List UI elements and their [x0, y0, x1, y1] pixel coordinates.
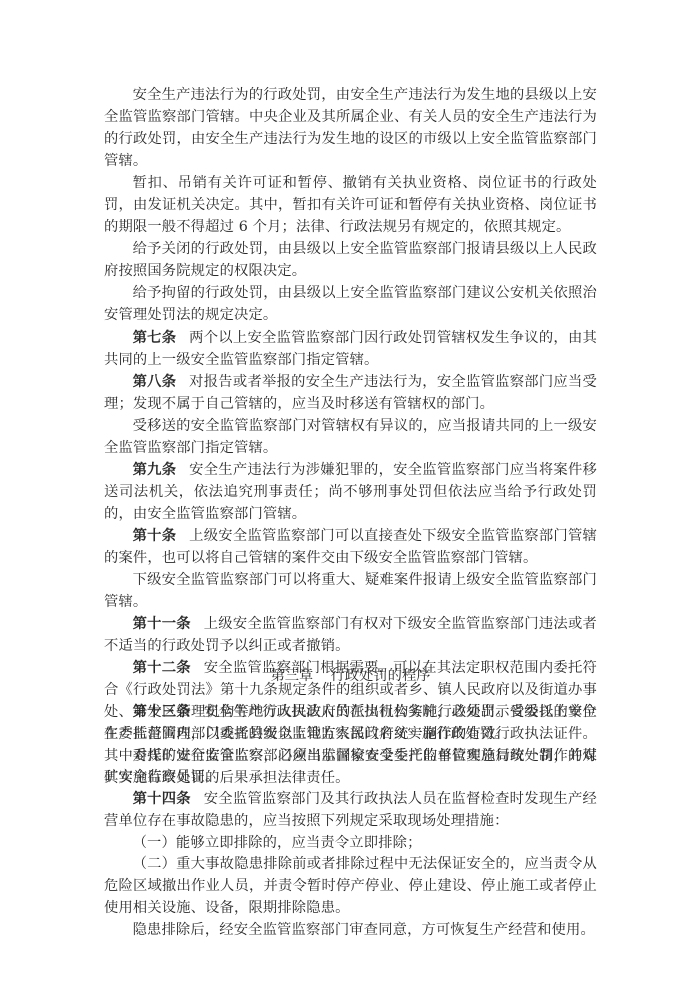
paragraph-text: 隐患排除后，经安全监管监察部门审查同意，方可恢复生产经营和使用。 — [133, 922, 595, 938]
paragraph-text: （二）重大事故隐患排除前或者排除过程中无法保证安全的，应当责令从危险区域撤出作业… — [104, 856, 597, 916]
paragraph: 隐患排除后，经安全监管监察部门审查同意，方可恢复生产经营和使用。 — [104, 920, 597, 942]
paragraph: 暂扣、吊销有关许可证和暂停、撤销有关执业资格、岗位证书的行政处罚，由发证机关决定… — [104, 172, 597, 238]
chapter-number: 第三章 — [270, 668, 313, 684]
paragraph-text: 暂扣、吊销有关许可证和暂停、撤销有关执业资格、岗位证书的行政处罚，由发证机关决定… — [104, 175, 597, 235]
chapter-heading: 第三章行政处罚的程序 — [104, 665, 597, 687]
article-number: 第七条 — [133, 330, 177, 346]
article-number: 第十一条 — [133, 616, 191, 632]
article-14: 第十四条安全监管监察部门及其行政执法人员在监督检查时发现生产经营单位存在事故隐患… — [104, 789, 597, 833]
article-number: 第八条 — [133, 374, 177, 390]
paragraph: 给予关闭的行政处罚，由县级以上安全监管监察部门报请县级以上人民政府按照国务院规定… — [104, 238, 597, 282]
article-7: 第七条两个以上安全监管监察部门因行政处罚管辖权发生争议的，由其共同的上一级安全监… — [104, 327, 597, 371]
article-number: 第十三条 — [133, 704, 191, 720]
list-item: （一）能够立即排除的，应当责令立即排除； — [104, 833, 597, 855]
article-number: 第九条 — [133, 462, 177, 478]
paragraph: 给予拘留的行政处罚，由县级以上安全监管监察部门建议公安机关依照治安管理处罚法的规… — [104, 282, 597, 326]
paragraph-text: 两个以上安全监管监察部门因行政处罚管辖权发生争议的，由其共同的上一级安全监管监察… — [104, 330, 597, 368]
article-13: 第十三条安全生产行政执法人员在执行公务时，必须出示省级以上安全生产监督管理部门或… — [104, 702, 597, 789]
article-10: 第十条上级安全监管监察部门可以直接查处下级安全监管监察部门管辖的案件，也可以将自… — [104, 525, 597, 569]
paragraph-text: 受移送的安全监管监察部门对管辖权有异议的，应当报请共同的上一级安全监管监察部门指… — [104, 418, 597, 456]
article-number: 第十四条 — [133, 791, 191, 807]
paragraph-text: 对报告或者举报的安全生产违法行为，安全监管监察部门应当受理；发现不属于自己管辖的… — [104, 374, 597, 412]
paragraph-text: （一）能够立即排除的，应当责令立即排除； — [133, 835, 422, 851]
paragraph-text: 给予关闭的行政处罚，由县级以上安全监管监察部门报请县级以上人民政府按照国务院规定… — [104, 241, 597, 279]
article-11: 第十一条上级安全监管监察部门有权对下级安全监管监察部门违法或者不适当的行政处罚予… — [104, 613, 597, 657]
paragraph: 下级安全监管监察部门可以将重大、疑难案件报请上级安全监管监察部门管辖。 — [104, 569, 597, 613]
paragraph-text: 给予拘留的行政处罚，由县级以上安全监管监察部门建议公安机关依照治安管理处罚法的规… — [104, 285, 597, 323]
chapter-title: 行政处罚的程序 — [330, 668, 430, 684]
paragraph-text: 安全生产违法行为涉嫌犯罪的，安全监管监察部门应当将案件移送司法机关，依法追究刑事… — [104, 462, 597, 522]
article-9: 第九条安全生产违法行为涉嫌犯罪的，安全监管监察部门应当将案件移送司法机关，依法追… — [104, 459, 597, 525]
paragraph-text: 下级安全监管监察部门可以将重大、疑难案件报请上级安全监管监察部门管辖。 — [104, 572, 597, 610]
chapter-three-body: 第十三条安全生产行政执法人员在执行公务时，必须出示省级以上安全生产监督管理部门或… — [104, 702, 597, 941]
paragraph: 受移送的安全监管监察部门对管辖权有异议的，应当报请共同的上一级安全监管监察部门指… — [104, 415, 597, 459]
paragraph: 安全生产违法行为的行政处罚，由安全生产违法行为发生地的县级以上安全监管监察部门管… — [104, 84, 597, 172]
paragraph-text: 安全生产违法行为的行政处罚，由安全生产违法行为发生地的县级以上安全监管监察部门管… — [104, 87, 597, 169]
paragraph-text: 上级安全监管监察部门可以直接查处下级安全监管监察部门管辖的案件，也可以将自己管辖… — [104, 528, 597, 566]
article-8: 第八条对报告或者举报的安全生产违法行为，安全监管监察部门应当受理；发现不属于自己… — [104, 371, 597, 415]
list-item: （二）重大事故隐患排除前或者排除过程中无法保证安全的，应当责令从危险区域撤出作业… — [104, 854, 597, 919]
article-number: 第十条 — [133, 528, 177, 544]
